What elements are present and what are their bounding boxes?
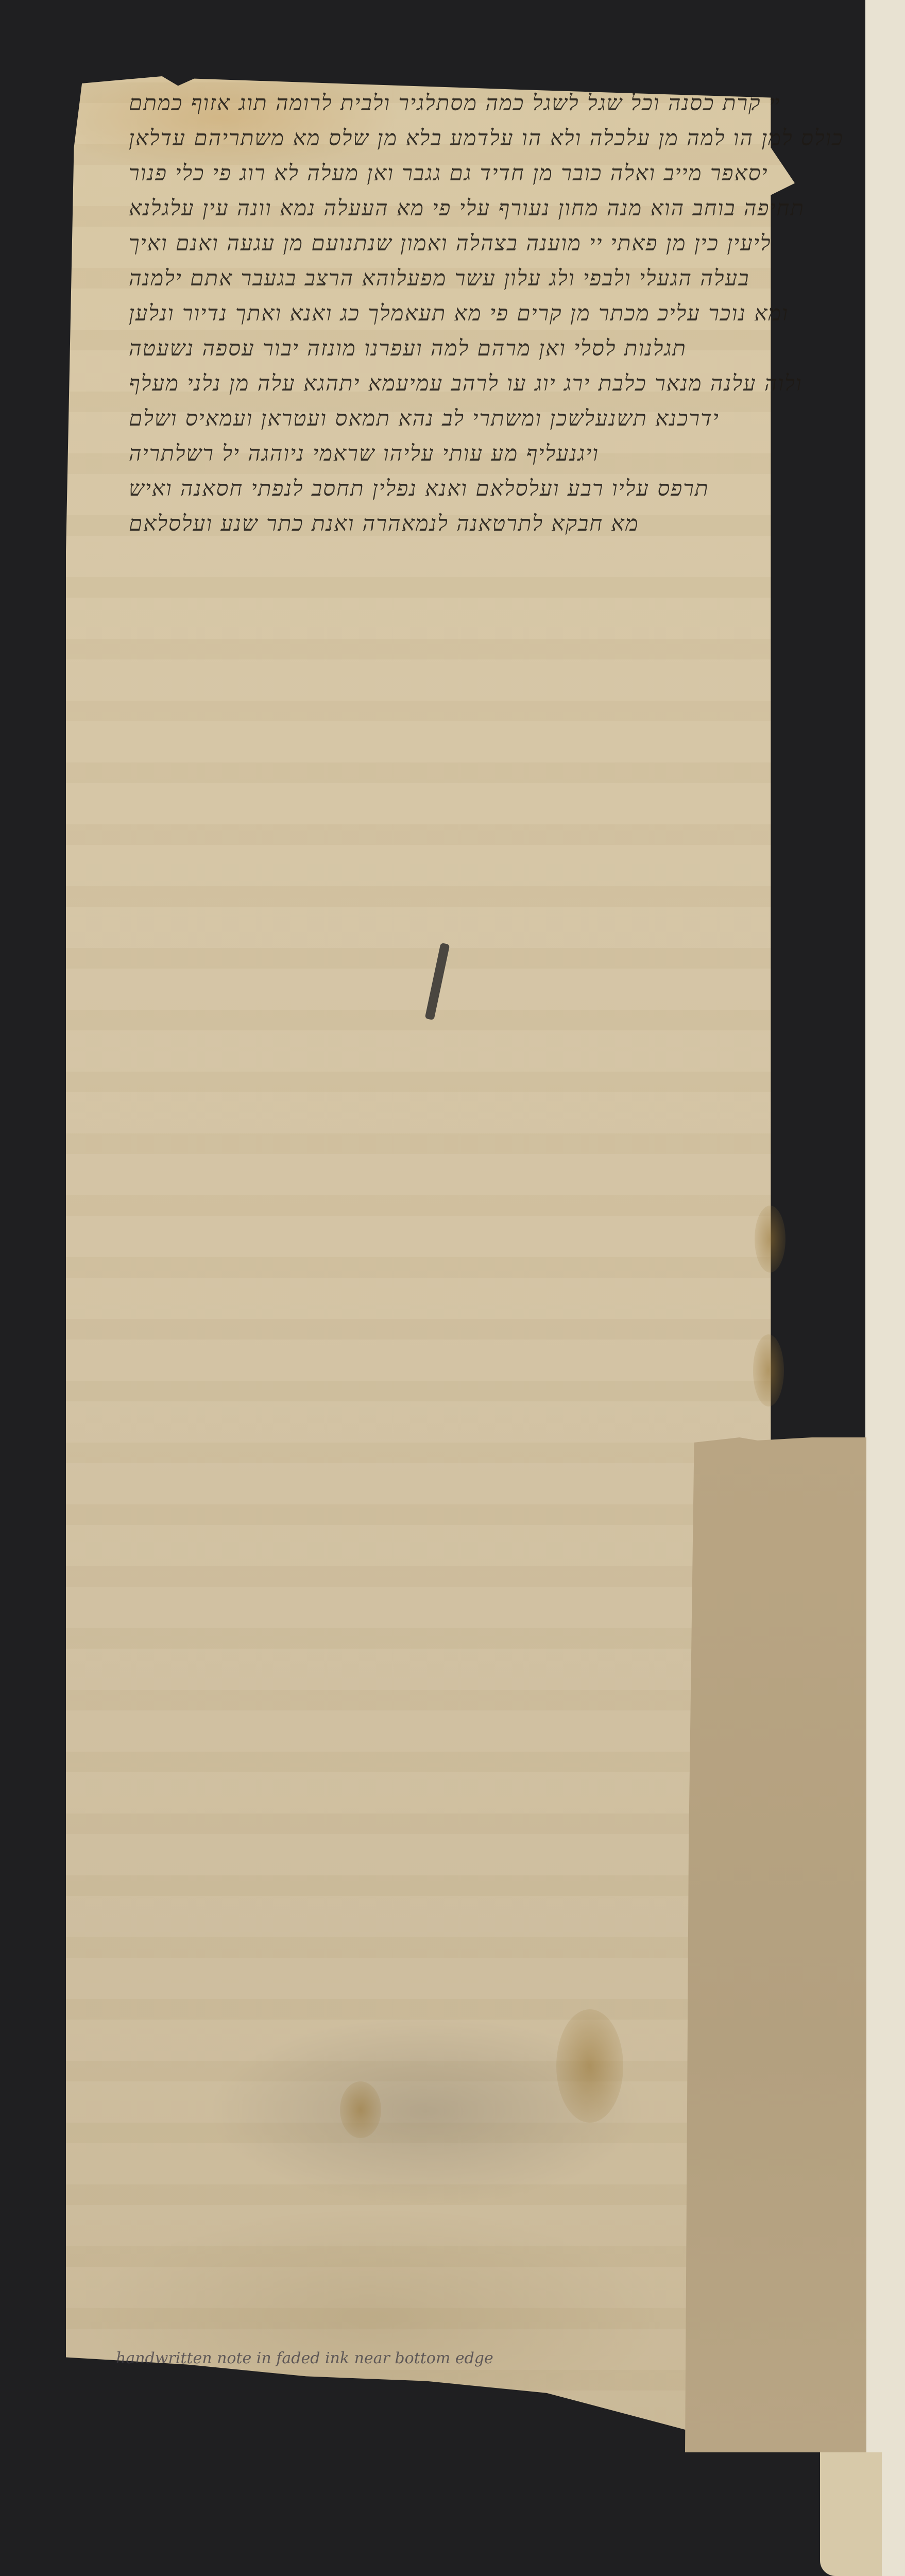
text-line: בעלה הגעלי ולבפי ולג עלון עשר מפעלוהא הר… bbox=[129, 263, 860, 294]
mount-backing-curl bbox=[820, 2452, 882, 2576]
text-line: ומא נוכר עליכ מכתר מן קרים פי מא תעאמלך … bbox=[129, 298, 860, 329]
text-line: כולס למן הו למה מן עלכלה ולא הו עלדמע בל… bbox=[129, 123, 860, 154]
stain-spot bbox=[556, 2009, 623, 2123]
mount-backing-sheet bbox=[865, 0, 905, 2576]
stain-spot bbox=[753, 1334, 784, 1406]
text-line: ולוה עלנה מנאר כלבת ירג יוג עו לרהב עמיע… bbox=[129, 368, 860, 399]
text-line: תגלנות לסלי ואן מרהם למה ועפרנו מונזה יב… bbox=[129, 333, 860, 364]
stain-spot bbox=[755, 1206, 786, 1273]
paper-repair-patch bbox=[685, 1437, 866, 2452]
manuscript-text-block: ײ קרת כסנה וכל שגל לשגל כמה מסתלגיר ולבי… bbox=[129, 88, 860, 543]
text-line: ײ קרת כסנה וכל שגל לשגל כמה מסתלגיר ולבי… bbox=[129, 88, 860, 118]
text-line: ליעין כין מן פאתי יי מוענה בצהלה ואמון ש… bbox=[129, 228, 860, 259]
bottom-annotation: handwritten note in faded ink near botto… bbox=[116, 2349, 734, 2375]
text-line: מא חבקא לתרטאנה לנמאהרה ואנת כתר שנע ועל… bbox=[129, 508, 860, 539]
text-line: תחיפה בוחב הוא מנה מחון נעורף עלי פי מא … bbox=[129, 193, 860, 224]
text-line: תרפס עליו רבע ועלסלאם ואנא נפלין תחסב לנ… bbox=[129, 473, 860, 504]
text-line: ידרכנא תשנעלשכן ומשתרי לב נהא תמאס ועטרא… bbox=[129, 403, 860, 434]
stain-spot bbox=[340, 2081, 381, 2138]
text-line: ויגנעליף מע עותי עליהו שראמי ניוהגה יל ר… bbox=[129, 438, 860, 469]
text-line: יסאפר מייב ואלה כובר מן חדיד גם גגבר ואן… bbox=[129, 158, 860, 189]
